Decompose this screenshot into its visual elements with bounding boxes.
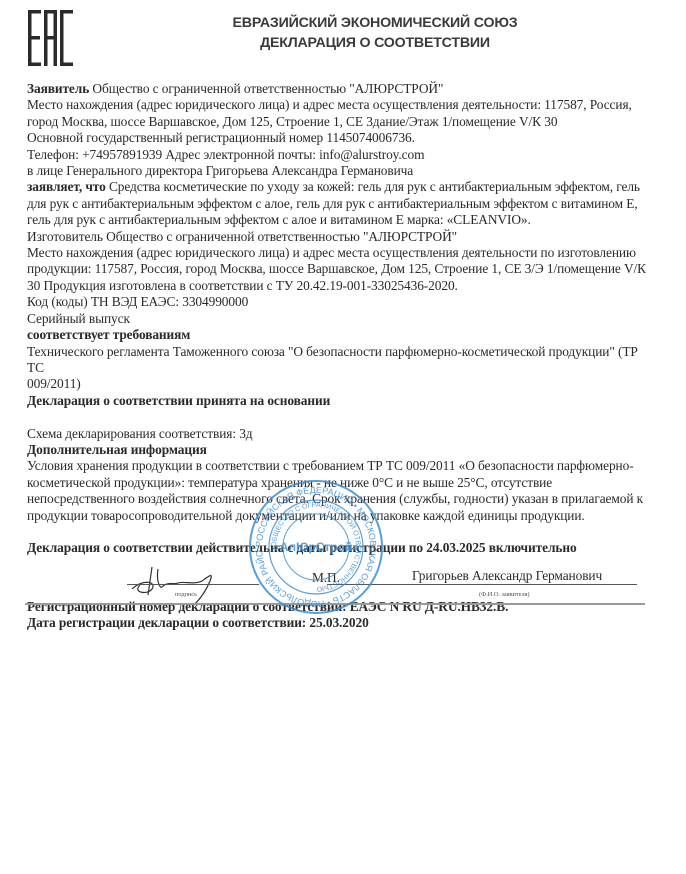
registration-date: Дата регистрации декларации о соответств… bbox=[27, 615, 652, 631]
applicant-label: Заявитель bbox=[27, 81, 89, 96]
eac-logo-icon bbox=[28, 10, 74, 66]
applicant-address-1: Место нахождения (адрес юридического лиц… bbox=[27, 97, 652, 113]
additional-info-label: Дополнительная информация bbox=[27, 442, 652, 458]
declares-line-2: для рук с антибактериальным эффектом с а… bbox=[27, 196, 652, 212]
svg-text:«АлЮрСтрой»: «АлЮрСтрой» bbox=[273, 540, 359, 554]
applicant-line: Заявитель Общество с ограниченной ответс… bbox=[27, 81, 652, 97]
basis-label: Декларация о соответствии принята на осн… bbox=[27, 393, 652, 409]
compliance-line-2: 009/2011) bbox=[27, 376, 652, 392]
company-stamp-icon: РОССИЙСКАЯ ФЕДЕРАЦИЯ • МОСКОВСКАЯ ОБЛАСТ… bbox=[247, 478, 385, 616]
applicant-address-2: город Москва, шоссе Варшавское, Дом 125,… bbox=[27, 114, 652, 130]
signatory-name: Григорьев Александр Германович bbox=[412, 568, 602, 584]
declaration-scheme: Схема декларирования соответствия: 3д bbox=[27, 426, 652, 442]
signature-caption: подпись bbox=[175, 587, 197, 603]
document-header: ЕВРАЗИЙСКИЙ ЭКОНОМИЧЕСКИЙ СОЮЗ ДЕКЛАРАЦИ… bbox=[150, 13, 600, 53]
declares-text: Средства косметические по уходу за кожей… bbox=[106, 179, 640, 194]
declares-line-3: гель для рук с антибактериальным эффекто… bbox=[27, 212, 652, 228]
applicant-ogrn: Основной государственный регистрационный… bbox=[27, 130, 652, 146]
compliance-line-1: Технического регламента Таможенного союз… bbox=[27, 344, 652, 377]
manufacturer-line-2: Место нахождения (адрес юридического лиц… bbox=[27, 245, 652, 261]
name-caption: (Ф.И.О. заявителя) bbox=[479, 587, 530, 603]
manufacturer-line-1: Изготовитель Общество с ограниченной отв… bbox=[27, 229, 652, 245]
applicant-contacts: Телефон: +74957891939 Адрес электронной … bbox=[27, 147, 652, 163]
tn-ved-code: Код (коды) ТН ВЭД ЕАЭС: 3304990000 bbox=[27, 294, 652, 310]
declaration-title: ДЕКЛАРАЦИЯ О СООТВЕТСТВИИ bbox=[150, 33, 600, 53]
declares-label: заявляет, что bbox=[27, 179, 106, 194]
union-title: ЕВРАЗИЙСКИЙ ЭКОНОМИЧЕСКИЙ СОЮЗ bbox=[150, 13, 600, 33]
compliance-label: соответствует требованиям bbox=[27, 327, 652, 343]
applicant-name: Общество с ограниченной ответственностью… bbox=[89, 81, 443, 96]
signature-line bbox=[127, 584, 259, 585]
manufacturer-line-3: продукции: 117587, Россия, город Москва,… bbox=[27, 261, 652, 277]
manufacturer-line-4: 30 Продукция изготовлена в соответствии … bbox=[27, 278, 652, 294]
applicant-representative: в лице Генерального директора Григорьева… bbox=[27, 163, 652, 179]
release-type: Серийный выпуск bbox=[27, 311, 652, 327]
declares-line-1: заявляет, что Средства косметические по … bbox=[27, 179, 652, 195]
additional-line-1: Условия хранения продукции в соответстви… bbox=[27, 458, 652, 474]
